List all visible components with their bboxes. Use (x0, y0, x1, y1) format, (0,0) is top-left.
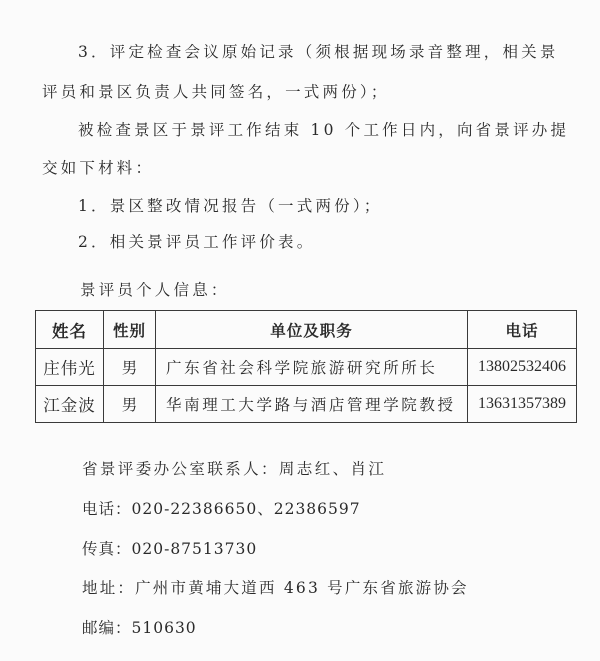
cell-organization: 华南理工大学路与酒店管理学院教授 (156, 386, 468, 423)
item3-line2: 评员和景区负责人共同签名，一式两份）； (42, 82, 390, 102)
contact-phone: 电话：020-22386650、22386597 (82, 499, 361, 519)
table-row: 庄伟光 男 广东省社会科学院旅游研究所所长 13802532406 (36, 349, 577, 386)
cell-name: 江金波 (36, 386, 104, 423)
table-row: 江金波 男 华南理工大学路与酒店管理学院教授 13631357389 (36, 386, 577, 423)
contact-persons: 省景评委办公室联系人：周志红、肖江 (82, 459, 386, 479)
cell-gender: 男 (104, 349, 156, 386)
header-gender: 性别 (104, 311, 156, 349)
header-organization: 单位及职务 (156, 311, 468, 349)
evaluator-info-table: 姓名 性别 单位及职务 电话 庄伟光 男 广东省社会科学院旅游研究所所长 138… (35, 310, 577, 423)
header-phone: 电话 (468, 311, 577, 349)
table-header-row: 姓名 性别 单位及职务 电话 (36, 311, 577, 349)
contact-address: 地址：广州市黄埔大道西 463 号广东省旅游协会 (82, 578, 469, 598)
cell-name: 庄伟光 (36, 349, 104, 386)
material-item-2: 2．相关景评员工作评价表。 (78, 232, 315, 252)
material-item-1: 1．景区整改情况报告（一式两份）； (78, 196, 383, 216)
contact-fax: 传真：020-87513730 (82, 539, 257, 559)
submit-line1: 被检查景区于景评工作结束 10 个工作日内，向省景评办提 (78, 120, 569, 140)
cell-phone: 13631357389 (468, 386, 577, 423)
item3-line1: 3．评定检查会议原始记录（须根据现场录音整理，相关景 (78, 42, 559, 62)
header-name: 姓名 (36, 311, 104, 349)
cell-organization: 广东省社会科学院旅游研究所所长 (156, 349, 468, 386)
submit-line2: 交如下材料： (42, 158, 154, 178)
contact-postcode: 邮编：510630 (82, 618, 197, 638)
table-title: 景评员个人信息： (80, 280, 230, 300)
cell-gender: 男 (104, 386, 156, 423)
cell-phone: 13802532406 (468, 349, 577, 386)
